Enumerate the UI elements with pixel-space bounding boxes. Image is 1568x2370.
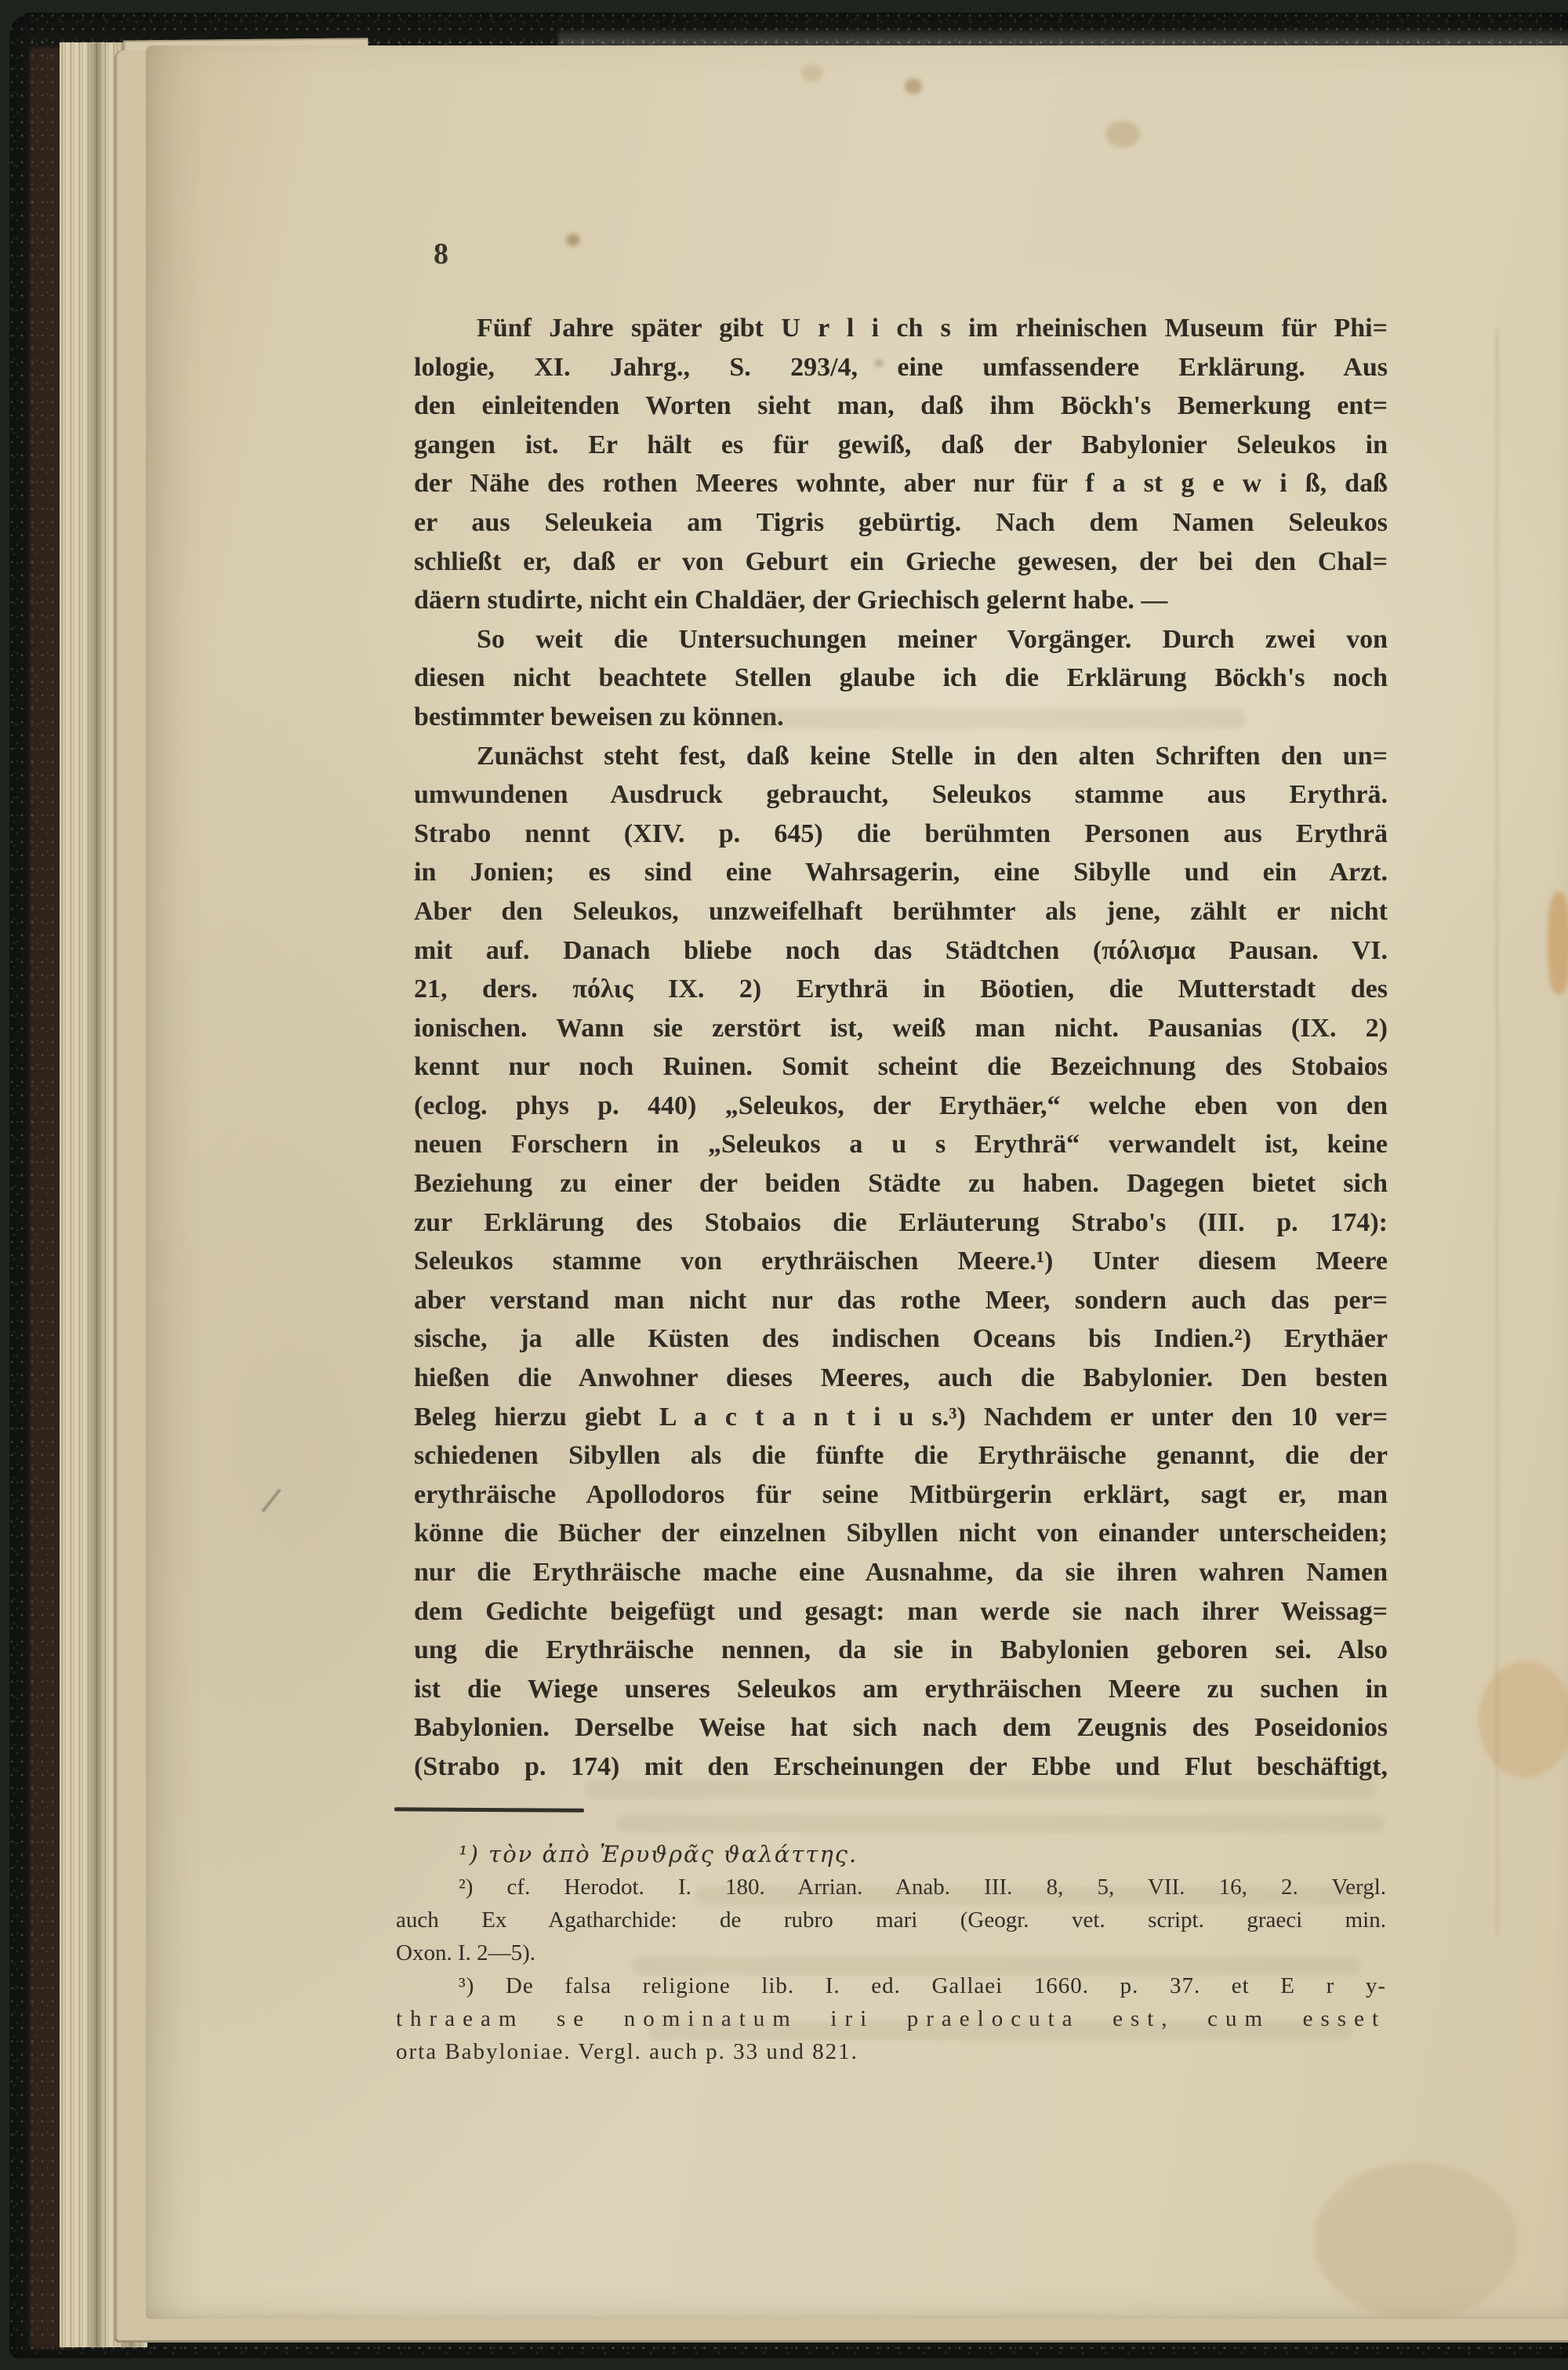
body-text-line: schiedenen Sibyllen als die fünfte die E… (414, 1436, 1388, 1475)
edge-stain (1548, 892, 1568, 994)
body-text-line: Seleukos stamme von erythräischen Meere.… (414, 1242, 1388, 1281)
body-text-line: kennt nur noch Ruinen. Somit scheint die… (414, 1047, 1388, 1087)
body-text-line: (eclog. phys p. 440) „Seleukos, der Eryt… (414, 1087, 1388, 1126)
fox-stain (875, 359, 883, 367)
body-text-line: So weit die Untersuchungen meiner Vorgän… (414, 620, 1388, 659)
paper-crease (1496, 328, 1498, 1935)
body-text-line: Beleg hierzu giebt L a c t a n t i u s.³… (414, 1398, 1388, 1437)
body-text-line: dem Gedichte beigefügt und gesagt: man w… (414, 1592, 1388, 1631)
paper-stain (1314, 2162, 1518, 2319)
body-text-line: Strabo nennt (XIV. p. 645) die berühmten… (414, 815, 1388, 854)
body-text-line: ionischen. Wann sie zerstört ist, weiß m… (414, 1009, 1388, 1048)
body-text-line: Aber den Seleukos, unzweifelhaft berühmt… (414, 892, 1388, 931)
body-text-line: nur die Erythräische mache eine Ausnahme… (414, 1553, 1388, 1592)
show-through-ghost (745, 709, 1247, 729)
body-text-line: könne die Bücher der einzelnen Sibyllen … (414, 1514, 1388, 1553)
body-text-line: lologie, XI. Jahrg., S. 293/4, eine umfa… (414, 348, 1388, 387)
footnote-line: ¹) τὸν ἀπὸ Ἐρυϑρᾶς ϑαλάττης. (396, 1838, 1386, 1871)
body-text-line: gangen ist. Er hält es für gewiß, daß de… (414, 426, 1388, 465)
show-through-ghost (585, 1780, 1377, 1798)
show-through-ghost (632, 1957, 1361, 1976)
body-text-line: diesen nicht beachtete Stellen glaube ic… (414, 659, 1388, 698)
edge-stain (1479, 1660, 1568, 1778)
body-text-line: Zunächst steht fest, daß keine Stelle in… (414, 737, 1388, 776)
book-scan: 8 Fünf Jahre später gibt U r l i ch s im… (0, 0, 1568, 2370)
body-text-line: sische, ja alle Küsten des indischen Oce… (414, 1319, 1388, 1359)
body-text-line: mit auf. Danach bliebe noch das Städtche… (414, 931, 1388, 971)
body-text-line: Beziehung zu einer der beiden Städte zu … (414, 1164, 1388, 1203)
show-through-ghost (616, 1814, 1385, 1833)
body-text-line: Fünf Jahre später gibt U r l i ch s im r… (414, 309, 1388, 348)
body-text-line: ist die Wiege unseres Seleukos am erythr… (414, 1670, 1388, 1709)
fox-stain (905, 78, 922, 94)
body-text-line: neuen Forschern in „Seleukos a u s Eryth… (414, 1125, 1388, 1164)
body-text-line: er aus Seleukeia am Tigris gebürtig. Nac… (414, 503, 1388, 543)
pencil-mark (261, 1489, 281, 1513)
body-text-line: schließt er, daß er von Geburt ein Griec… (414, 543, 1388, 582)
body-text-line: aber verstand man nicht nur das rothe Me… (414, 1281, 1388, 1320)
body-text-line: in Jonien; es sind eine Wahrsagerin, ein… (414, 853, 1388, 892)
body-text-line: hießen die Anwohner dieses Meeres, auch … (414, 1359, 1388, 1398)
body-text-line: umwundenen Ausdruck gebraucht, Seleukos … (414, 775, 1388, 815)
body-text-line: 21, ders. πόλις IX. 2) Erythrä in Böotie… (414, 970, 1388, 1009)
footnote-separator-rule (394, 1807, 584, 1812)
body-text-line: zur Erklärung des Stobaios die Erläuteru… (414, 1203, 1388, 1243)
show-through-ghost (695, 1886, 1369, 1905)
fox-stain (1105, 121, 1140, 147)
fox-stain (566, 234, 580, 246)
body-text-line: den einleitenden Worten sieht man, daß i… (414, 387, 1388, 426)
body-text-line: ung die Erythräische nennen, da sie in B… (414, 1631, 1388, 1670)
body-text: Fünf Jahre später gibt U r l i ch s im r… (414, 309, 1388, 1787)
footnote-line: orta Babyloniae. Vergl. auch p. 33 und 8… (396, 2035, 1386, 2068)
body-text-line: Babylonien. Derselbe Weise hat sich nach… (414, 1708, 1388, 1748)
footnote-line: auch Ex Agatharchide: de rubro mari (Geo… (396, 1904, 1386, 1936)
page-number: 8 (434, 237, 448, 271)
show-through-ghost (648, 2021, 1353, 2040)
body-text-line: erythräische Apollodoros für seine Mitbü… (414, 1475, 1388, 1515)
page-edge-shadow (86, 42, 107, 2347)
body-text-line: der Nähe des rothen Meeres wohnte, aber … (414, 464, 1388, 503)
body-text-line: däern studirte, nicht ein Chaldäer, der … (414, 581, 1388, 620)
book-page: 8 Fünf Jahre später gibt U r l i ch s im… (146, 45, 1568, 2319)
fox-stain (801, 64, 823, 82)
